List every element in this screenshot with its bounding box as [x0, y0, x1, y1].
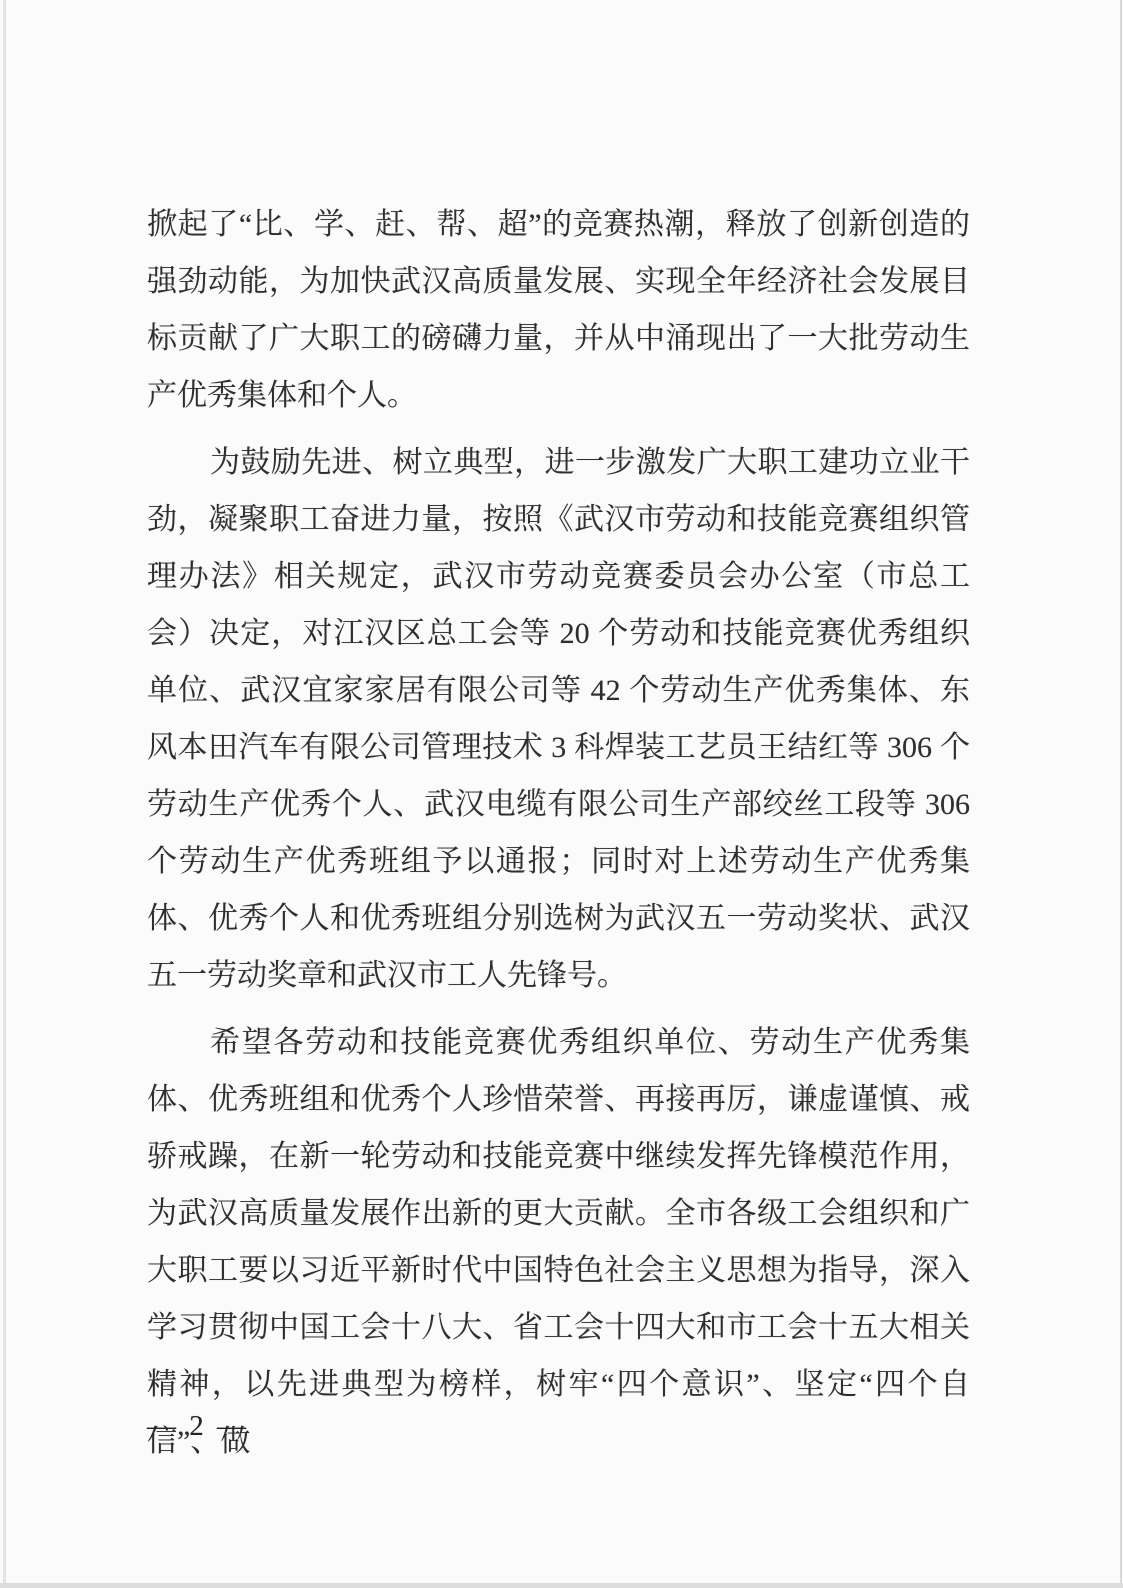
paragraph-commendation-decision: 为鼓励先进、树立典型，进一步激发广大职工建功立业干劲，凝聚职工奋进力量，按照《武…	[147, 434, 970, 1004]
paragraph-expectations: 希望各劳动和技能竞赛优秀组织单位、劳动生产优秀集体、优秀班组和优秀个人珍惜荣誉、…	[147, 1014, 970, 1470]
scan-edge-right	[1120, 0, 1122, 1588]
document-body: 掀起了“比、学、赶、帮、超”的竞赛热潮，释放了创新创造的强劲动能，为加快武汉高质…	[147, 196, 970, 1480]
page-number: — 2 —	[147, 1410, 249, 1443]
paragraph-continuation: 掀起了“比、学、赶、帮、超”的竞赛热潮，释放了创新创造的强劲动能，为加快武汉高质…	[147, 196, 970, 424]
scan-edge-left	[3, 0, 6, 1588]
scan-edge-bottom	[0, 1583, 1123, 1588]
document-page: 掀起了“比、学、赶、帮、超”的竞赛热潮，释放了创新创造的强劲动能，为加快武汉高质…	[0, 0, 1123, 1588]
